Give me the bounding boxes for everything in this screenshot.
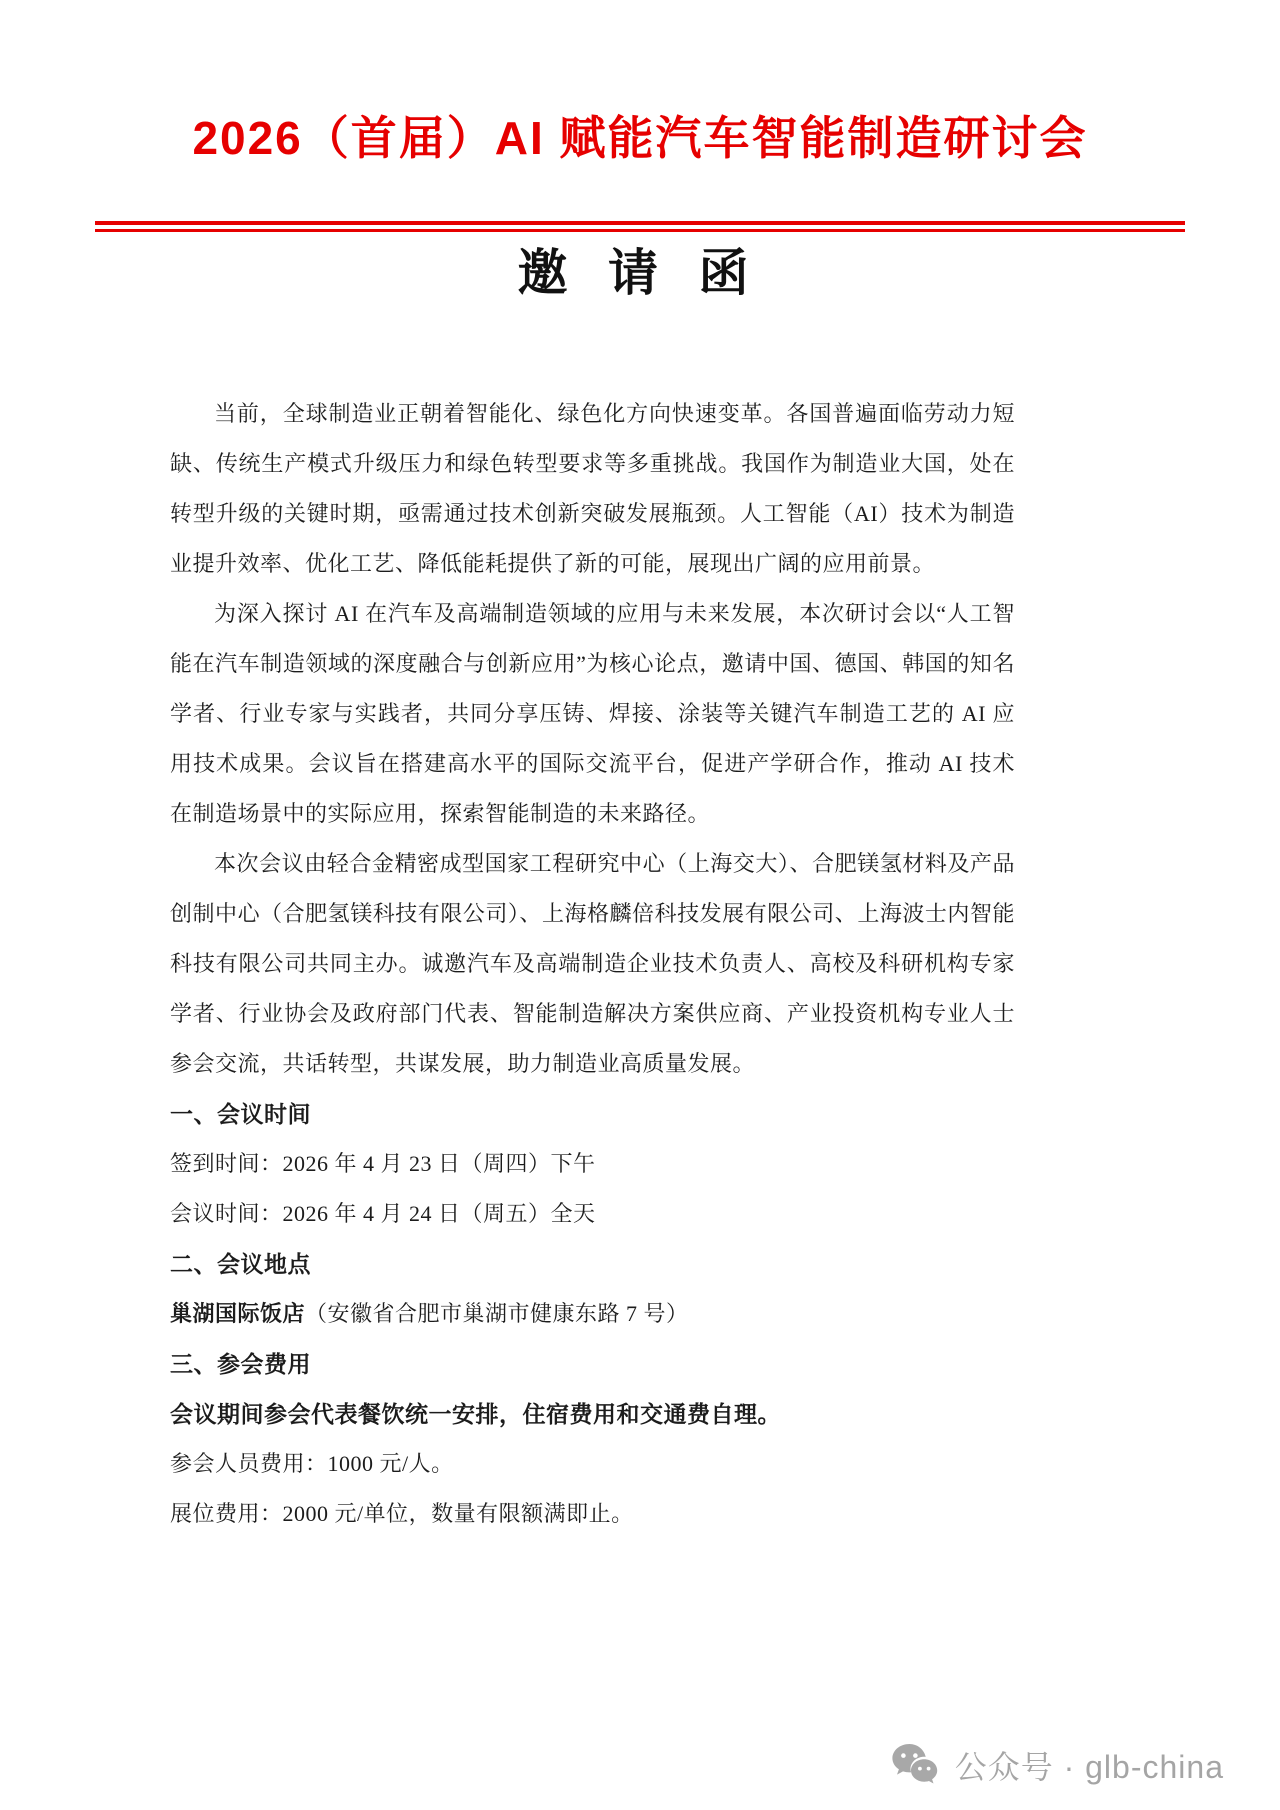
attendee-fee-line: 参会人员费用：1000 元/人。 (170, 1439, 1015, 1489)
watermark-label: 公众号 · glb-china (955, 1742, 1224, 1788)
intro-paragraph: 当前，全球制造业正朝着智能化、绿色化方向快速变革。各国普遍面临劳动力短缺、传统生… (170, 389, 1015, 589)
venue-address: （安徽省合肥市巢湖市健康东路 7 号） (305, 1301, 689, 1326)
venue-name: 巢湖国际饭店 (170, 1301, 305, 1326)
section-heading-meeting-venue: 二、会议地点 (170, 1239, 1015, 1289)
section-heading-meeting-time: 一、会议时间 (170, 1089, 1015, 1139)
section-heading-fees: 三、参会费用 (170, 1339, 1015, 1389)
venue-line: 巢湖国际饭店（安徽省合肥市巢湖市健康东路 7 号） (170, 1289, 1015, 1339)
checkin-time-line: 签到时间：2026 年 4 月 23 日（周四）下午 (170, 1139, 1015, 1189)
fees-note-line: 会议期间参会代表餐饮统一安排，住宿费用和交通费自理。 (170, 1389, 1015, 1439)
booth-fee-line: 展位费用：2000 元/单位，数量有限额满即止。 (170, 1489, 1015, 1539)
document-body: 当前，全球制造业正朝着智能化、绿色化方向快速变革。各国普遍面临劳动力短缺、传统生… (170, 389, 1015, 1539)
topic-paragraph: 为深入探讨 AI 在汽车及高端制造领域的应用与未来发展，本次研讨会以“人工智能在… (170, 589, 1015, 839)
wechat-watermark: 公众号 · glb-china (891, 1742, 1224, 1788)
invitation-document-page: 2026（首届）AI 赋能汽车智能制造研讨会 邀 请 函 当前，全球制造业正朝着… (0, 0, 1280, 1810)
wechat-icon (891, 1743, 943, 1787)
organizers-paragraph: 本次会议由轻合金精密成型国家工程研究中心（上海交大）、合肥镁氢材料及产品创制中心… (170, 839, 1015, 1089)
title-divider-rule (95, 221, 1185, 232)
meeting-time-line: 会议时间：2026 年 4 月 24 日（周五）全天 (170, 1189, 1015, 1239)
document-title: 2026（首届）AI 赋能汽车智能制造研讨会 (0, 0, 1280, 165)
invitation-heading: 邀 请 函 (0, 246, 1280, 301)
